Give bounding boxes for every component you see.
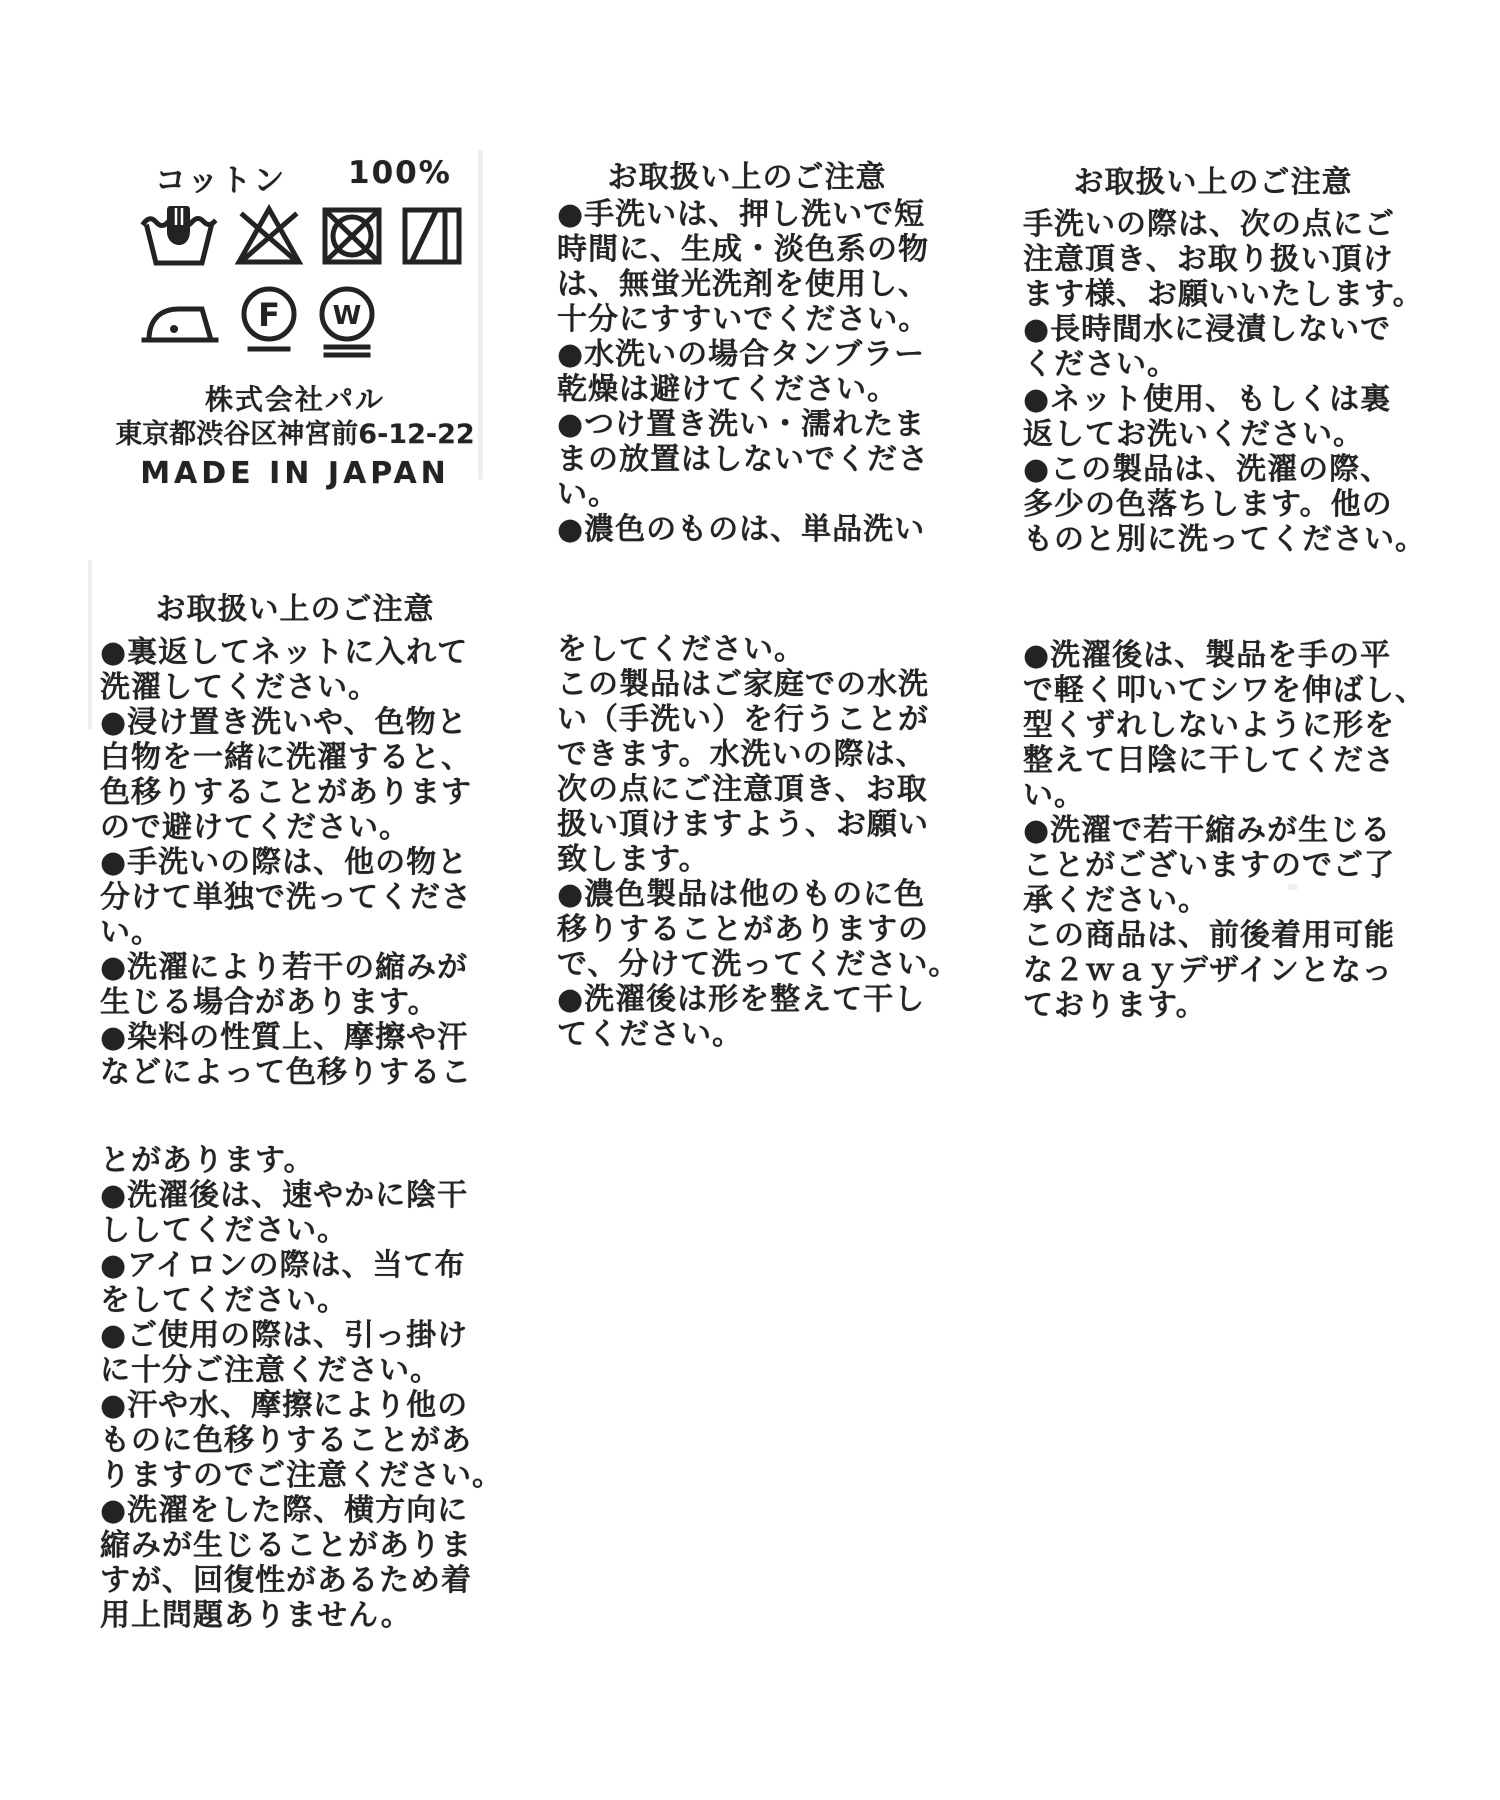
care-block-body: 手洗いの際は、次の点にご 注意頂き、お取り扱い頂け ます様、お願いいたします。 … bbox=[1023, 207, 1435, 557]
care-block-bottom-left: とがあります。 ●洗濯後は、速やかに陰干 ししてください。 ●アイロンの際は、当… bbox=[100, 1143, 514, 1633]
care-block-title: お取扱い上のご注意 bbox=[1023, 165, 1403, 200]
care-block-title: お取扱い上のご注意 bbox=[557, 160, 937, 195]
wet-clean-w-icon: W bbox=[318, 285, 376, 359]
care-block-body: ●手洗いは、押し洗いで短 時間に、生成・淡色系の物 は、無蛍光洗剤を使用し、 十… bbox=[557, 197, 937, 547]
dry-clean-f-icon: F bbox=[240, 285, 298, 357]
scan-streak bbox=[88, 560, 92, 730]
care-block-body: をしてください。 この製品はご家庭での水洗 い（手洗い）を行うことが できます。… bbox=[557, 632, 971, 1052]
company-address: 東京都渋谷区神宮前6-12-22 bbox=[85, 417, 505, 452]
care-block-top-middle: お取扱い上のご注意 ●手洗いは、押し洗いで短 時間に、生成・淡色系の物 は、無蛍… bbox=[557, 160, 937, 547]
care-block-top-right: お取扱い上のご注意 手洗いの際は、次の点にご 注意頂き、お取り扱い頂け ます様、… bbox=[1023, 165, 1435, 557]
care-symbols-row-1 bbox=[140, 203, 464, 267]
care-block-mid-middle: をしてください。 この製品はご家庭での水洗 い（手洗い）を行うことが できます。… bbox=[557, 632, 971, 1052]
material-percent: 100% bbox=[348, 155, 452, 191]
care-block-body: ●洗濯後は、製品を手の平 で軽く叩いてシワを伸ばし、 型くずれしないように形を … bbox=[1023, 638, 1435, 1023]
care-block-mid-left: お取扱い上のご注意 ●裏返してネットに入れて 洗濯してください。 ●浸け置き洗い… bbox=[100, 592, 490, 1090]
material-name: コットン bbox=[155, 155, 286, 200]
care-label-scan: コットン 100% bbox=[0, 0, 1500, 1800]
svg-text:W: W bbox=[333, 301, 362, 331]
care-block-body: ●裏返してネットに入れて 洗濯してください。 ●浸け置き洗いや、色物と 白物を一… bbox=[100, 635, 490, 1090]
do-not-tumble-dry-icon bbox=[320, 203, 384, 267]
care-block-mid-right: ●洗濯後は、製品を手の平 で軽く叩いてシワを伸ばし、 型くずれしないように形を … bbox=[1023, 638, 1435, 1023]
hang-dry-icon bbox=[400, 203, 464, 267]
origin-label: MADE IN JAPAN bbox=[100, 456, 490, 491]
care-block-body: とがあります。 ●洗濯後は、速やかに陰干 ししてください。 ●アイロンの際は、当… bbox=[100, 1143, 514, 1633]
care-block-title: お取扱い上のご注意 bbox=[100, 592, 490, 627]
iron-low-icon bbox=[140, 285, 220, 347]
do-not-bleach-icon bbox=[234, 203, 304, 267]
svg-text:F: F bbox=[258, 296, 280, 334]
company-name: 株式会社パル bbox=[100, 382, 490, 417]
care-symbols-row-2: F W bbox=[140, 285, 376, 359]
hand-wash-icon bbox=[140, 203, 218, 267]
